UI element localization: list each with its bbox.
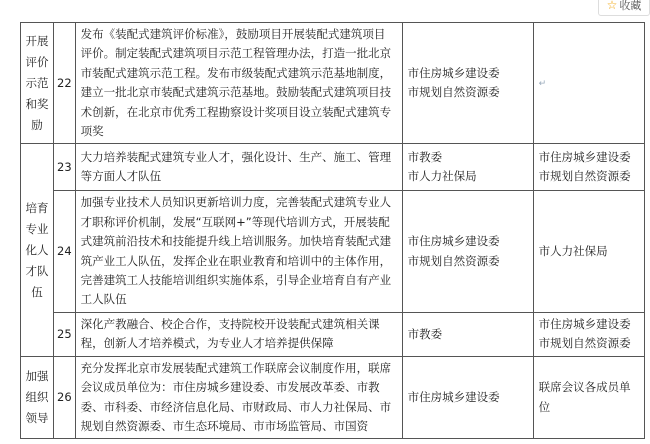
cooperating-units-cell: 市人力社保局 — [533, 191, 644, 312]
lead-units-cell: 市住房城乡建设委 — [402, 356, 533, 439]
cooperating-unit: 市规划自然资源委 — [539, 167, 639, 186]
lead-units-cell: 市教委 — [402, 312, 533, 356]
table-row: 加强组织领导 26 充分发挥北京市发展装配式建筑工作联席会议制度作用，联席会议成… — [21, 356, 645, 439]
lead-units-cell: 市住房城乡建设委 市规划自然资源委 — [402, 23, 533, 144]
description-cell: 发布《装配式建筑评价标准》，鼓励项目开展装配式建筑项目评价。制定装配式建筑项目示… — [75, 23, 402, 144]
table-row: 培育专业化人才队伍 23 大力培养装配式建筑专业人才，强化设计、生产、施工、管理… — [21, 144, 645, 191]
cooperating-unit: 联席会议各成员单位 — [539, 378, 639, 417]
lead-unit: 市住房城乡建设委 — [408, 388, 528, 407]
lead-unit: 市住房城乡建设委 — [408, 232, 528, 251]
table-row: 24 加强专业技术人员知识更新培训力度，完善装配式建筑专业人才职称评价机制，发展… — [21, 191, 645, 312]
lead-unit: 市规划自然资源委 — [408, 252, 528, 271]
cooperating-units-cell: 联席会议各成员单位 — [533, 356, 644, 439]
category-cell: 开展评价示范和奖励 — [21, 23, 54, 144]
lead-units-cell: 市教委 市人力社保局 — [402, 144, 533, 191]
number-cell: 24 — [54, 191, 76, 312]
lead-unit: 市住房城乡建设委 — [408, 64, 528, 83]
description-cell: 大力培养装配式建筑专业人才，强化设计、生产、施工、管理等方面人才队伍 — [75, 144, 402, 191]
cooperating-units-cell: ↵ — [533, 23, 644, 144]
lead-unit: 市教委 — [408, 148, 528, 167]
lead-unit: 市人力社保局 — [408, 167, 528, 186]
star-icon: ☆ — [607, 0, 618, 12]
cooperating-unit: 市规划自然资源委 — [539, 334, 639, 353]
category-cell: 培育专业化人才队伍 — [21, 144, 54, 356]
paragraph-mark-icon: ↵ — [539, 79, 547, 89]
description-cell: 深化产教融合、校企合作，支持院校开设装配式建筑相关课程，创新人才培养模式，为专业… — [75, 312, 402, 356]
number-cell: 26 — [54, 356, 76, 439]
cooperating-unit: 市住房城乡建设委 — [539, 315, 639, 334]
cooperating-units-cell: 市住房城乡建设委 市规划自然资源委 — [533, 144, 644, 191]
table-row: 开展评价示范和奖励 22 发布《装配式建筑评价标准》，鼓励项目开展装配式建筑项目… — [21, 23, 645, 144]
favorite-button[interactable]: ☆ 收藏 — [598, 0, 650, 16]
lead-unit: 市教委 — [408, 325, 528, 344]
description-cell: 充分发挥北京市发展装配式建筑工作联席会议制度作用，联席会议成员单位为：市住房城乡… — [75, 356, 402, 439]
number-cell: 22 — [54, 23, 76, 144]
number-cell: 23 — [54, 144, 76, 191]
cooperating-unit: 市人力社保局 — [539, 242, 639, 261]
description-cell: 加强专业技术人员知识更新培训力度，完善装配式建筑专业人才职称评价机制，发展“互联… — [75, 191, 402, 312]
cooperating-units-cell: 市住房城乡建设委 市规划自然资源委 — [533, 312, 644, 356]
policy-table: 开展评价示范和奖励 22 发布《装配式建筑评价标准》，鼓励项目开展装配式建筑项目… — [20, 22, 645, 439]
cooperating-unit: 市住房城乡建设委 — [539, 148, 639, 167]
table-row: 25 深化产教融合、校企合作，支持院校开设装配式建筑相关课程，创新人才培养模式，… — [21, 312, 645, 356]
favorite-label: 收藏 — [619, 0, 641, 13]
lead-unit: 市规划自然资源委 — [408, 83, 528, 102]
number-cell: 25 — [54, 312, 76, 356]
lead-units-cell: 市住房城乡建设委 市规划自然资源委 — [402, 191, 533, 312]
category-cell: 加强组织领导 — [21, 356, 54, 439]
